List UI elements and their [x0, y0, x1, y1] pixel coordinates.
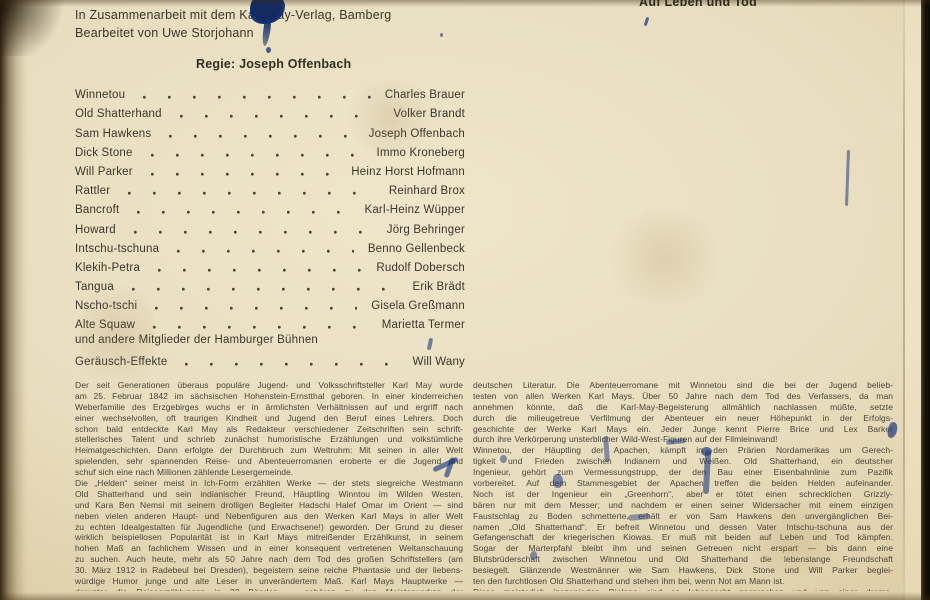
body-line: testen von allen Werken Karl Mays. Über …: [473, 391, 893, 402]
body-line: Winnetou, der Häuptling der Apachen, käm…: [473, 445, 893, 456]
body-line: Faustschlag zu Boden schmetterte, erhält…: [473, 511, 893, 522]
cast-role: Sam Hawkens: [75, 128, 151, 140]
body-line: Ingenieur, gehört zum Vermessungstrupp, …: [473, 467, 893, 478]
cast-actor: Heinz Horst Hofmann: [351, 166, 465, 178]
cast-role: Dick Stone: [75, 147, 133, 159]
body-line: am 25. Februar 1842 im sächsischen Hohen…: [75, 391, 463, 402]
dot-leader: [141, 94, 371, 99]
body-line: namen „Old Shatterhand“. Er befreit Winn…: [473, 522, 893, 533]
dot-leader: [126, 190, 375, 195]
body-right-column: deutschen Literatur. Die Abenteuerromane…: [473, 380, 893, 591]
record-sleeve-back: In Zusammenarbeit mit dem Karl-May-Verla…: [0, 0, 930, 600]
dot-leader: [130, 286, 399, 291]
body-line: neben vielen anderen Haupt- und Nebenfig…: [75, 511, 463, 522]
body-line: Weberfamilie des Erzgebirges wuchs er in…: [75, 402, 463, 413]
cast-actor: Reinhard Brox: [389, 185, 465, 197]
body-line: spielenden, sehr spannenden Reise- und A…: [75, 456, 463, 467]
cast-role: Geräusch-Effekte: [75, 356, 167, 368]
body-line: hohen Maß an fachlichem Wissen und in ei…: [75, 543, 463, 554]
dot-leader: [153, 305, 357, 310]
cast-role: Intschu-tschuna: [75, 243, 159, 255]
cast-actor: Karl-Heinz Wüpper: [364, 204, 465, 216]
dot-leader: [175, 248, 354, 253]
page-crease: [903, 0, 905, 600]
body-line: zu suchen. Auch heute, mehr als 50 Jahre…: [75, 554, 463, 565]
cast-role: Klekih-Petra: [75, 262, 140, 274]
body-line: Gefangenschaft der kriegerischen Kiowas.…: [473, 532, 893, 543]
cast-row: Alte SquawMarietta Termer: [75, 312, 465, 331]
page-edge-bottom: [0, 592, 930, 600]
cast-row: Sam HawkensJoseph Offenbach: [75, 120, 465, 139]
cast-actor: Marietta Termer: [382, 319, 465, 331]
body-line: Sogar der Marterpfahl bleibt ihm und sei…: [473, 543, 893, 554]
body-line: wirklich beispiellosen Popularität ist i…: [75, 532, 463, 543]
dot-leader: [149, 171, 337, 176]
body-left-column: Der seit Generationen überaus populäre J…: [75, 380, 463, 591]
body-line: Der seit Generationen überaus populäre J…: [75, 380, 463, 391]
dot-leader: [156, 267, 362, 272]
age-spot: [600, 210, 730, 305]
cast-role: Winnetou: [75, 89, 125, 101]
page-corner-shadow: [0, 0, 70, 56]
body-line: einer wechselvollen, oft traurigen Kindh…: [75, 413, 463, 424]
dot-leader: [149, 152, 363, 157]
body-line: tigkeit und Frieden zwischen Indianern u…: [473, 456, 893, 467]
cast-row: Geräusch-EffekteWill Wany: [75, 348, 465, 367]
cast-row: Nscho-tschiGisela Greßmann: [75, 293, 465, 312]
body-line: stellerisches Talent und schrieb zunächs…: [75, 434, 463, 445]
cast-actor: Jörg Behringer: [387, 224, 465, 236]
ink-blot-dot: [266, 47, 271, 53]
body-line-clipped: darunter die Reiseerzählungen in 33 Bänd…: [75, 587, 463, 591]
body-line: Old Shatterhand und sein indianischer Fr…: [75, 489, 463, 500]
dot-leader: [178, 113, 380, 118]
body-line: zu echten Idealgestalten für Jugendliche…: [75, 522, 463, 533]
body-line-clipped: Diese meisterlich inszenierten Dialoge s…: [473, 587, 893, 591]
body-line: und Kara Ben Nemsi mit seinem drolligen …: [75, 500, 463, 511]
cast-row: WinnetouCharles Brauer: [75, 82, 465, 101]
cast-role: Alte Squaw: [75, 319, 135, 331]
cast-row: RattlerReinhard Brox: [75, 178, 465, 197]
body-line: bären nur mit dem Messer; und nachdem er…: [473, 500, 893, 511]
cast-actor: Benno Gellenbeck: [368, 243, 465, 255]
cast-role: Old Shatterhand: [75, 108, 162, 120]
page-edge-fold: [905, 0, 921, 600]
ink-stain: [644, 17, 650, 26]
dot-leader: [183, 361, 398, 366]
director-line: Regie: Joseph Offenbach: [196, 57, 351, 71]
cast-row: BancroftKarl-Heinz Wüpper: [75, 197, 465, 216]
cast-ensemble-note: und andere Mitglieder der Hamburger Bühn…: [75, 333, 465, 347]
cast-actor: Joseph Offenbach: [369, 128, 465, 140]
page-edge-right: [921, 0, 930, 600]
cast-row: Old ShatterhandVolker Brandt: [75, 101, 465, 120]
page-edge-top: [0, 0, 930, 7]
cast-row: Dick StoneImmo Kroneberg: [75, 140, 465, 159]
cast-actor: Volker Brandt: [393, 108, 465, 120]
body-line: ten den furchtlosen Old Shatterhand und …: [473, 576, 893, 587]
cast-role: Will Parker: [75, 166, 133, 178]
title-fragment: Auf Leben und Tod: [639, 0, 757, 9]
page-edge-left: [0, 0, 28, 600]
body-line: Noch ist der Ingenieur ein „Greenhorn“, …: [473, 489, 893, 500]
body-line: vorbereitet. Auf dem Stammesgebiet der A…: [473, 478, 893, 489]
cast-row: TanguaErik Brädt: [75, 274, 465, 293]
cast-role: Tangua: [75, 281, 114, 293]
cast-actor: Charles Brauer: [385, 89, 465, 101]
cast-row: Klekih-PetraRudolf Dobersch: [75, 255, 465, 274]
dot-leader: [151, 324, 368, 329]
body-line: durch die milieugetreue Verfilmung der A…: [473, 413, 893, 424]
cast-actor: Erik Brädt: [413, 281, 466, 293]
ink-stain: [440, 33, 443, 37]
cast-actor: Immo Kroneberg: [377, 147, 465, 159]
body-line: deutschen Literatur. Die Abenteuerromane…: [473, 380, 893, 391]
body-line: annehmen könnte, daß die Karl-May-Begeis…: [473, 402, 893, 413]
dot-leader: [135, 209, 350, 214]
cast-role: Nscho-tschi: [75, 300, 137, 312]
cast-actor: Gisela Greßmann: [371, 300, 465, 312]
cast-row: HowardJörg Behringer: [75, 216, 465, 235]
body-line: Die „Helden“ seiner meist in Ich-Form er…: [75, 478, 463, 489]
cast-actor: Will Wany: [413, 356, 465, 368]
body-line: 30. März 1912 in Radebeul bei Dresden), …: [75, 565, 463, 576]
header-block: In Zusammenarbeit mit dem Karl-May-Verla…: [75, 7, 391, 42]
dot-leader: [132, 229, 373, 234]
body-line: schon bald entdeckte Karl May als Redakt…: [75, 424, 463, 435]
dot-leader: [167, 133, 354, 138]
body-line: besiegelt. Glänzende Westmänner wie Sam …: [473, 565, 893, 576]
body-line: Blutsbrüderschaft zwischen Winnetou und …: [473, 554, 893, 565]
cast-row: Intschu-tschunaBenno Gellenbeck: [75, 236, 465, 255]
body-line: würdige Humor junge und alte Leser in un…: [75, 576, 463, 587]
cast-role: Bancroft: [75, 204, 119, 216]
cast-row: Will ParkerHeinz Horst Hofmann: [75, 159, 465, 178]
adaptation-line: Bearbeitet von Uwe Storjohann: [75, 25, 391, 43]
body-line: schuf sich eine nach Millionen zählende …: [75, 467, 463, 478]
publisher-line: In Zusammenarbeit mit dem Karl-May-Verla…: [75, 7, 391, 25]
cast-actor: Rudolf Dobersch: [376, 262, 465, 274]
body-line: Heimatgeschichten. Dann erfolgte der Dur…: [75, 445, 463, 456]
cast-list: WinnetouCharles BrauerOld ShatterhandVol…: [75, 82, 465, 368]
ink-stain: [845, 150, 850, 206]
cast-role: Howard: [75, 224, 116, 236]
cast-role: Rattler: [75, 185, 110, 197]
body-line: geschichte der Werke Karl Mays ein. Jede…: [473, 424, 893, 435]
body-line: durch ihre Verkörperung unsterblicher Wi…: [473, 434, 893, 445]
